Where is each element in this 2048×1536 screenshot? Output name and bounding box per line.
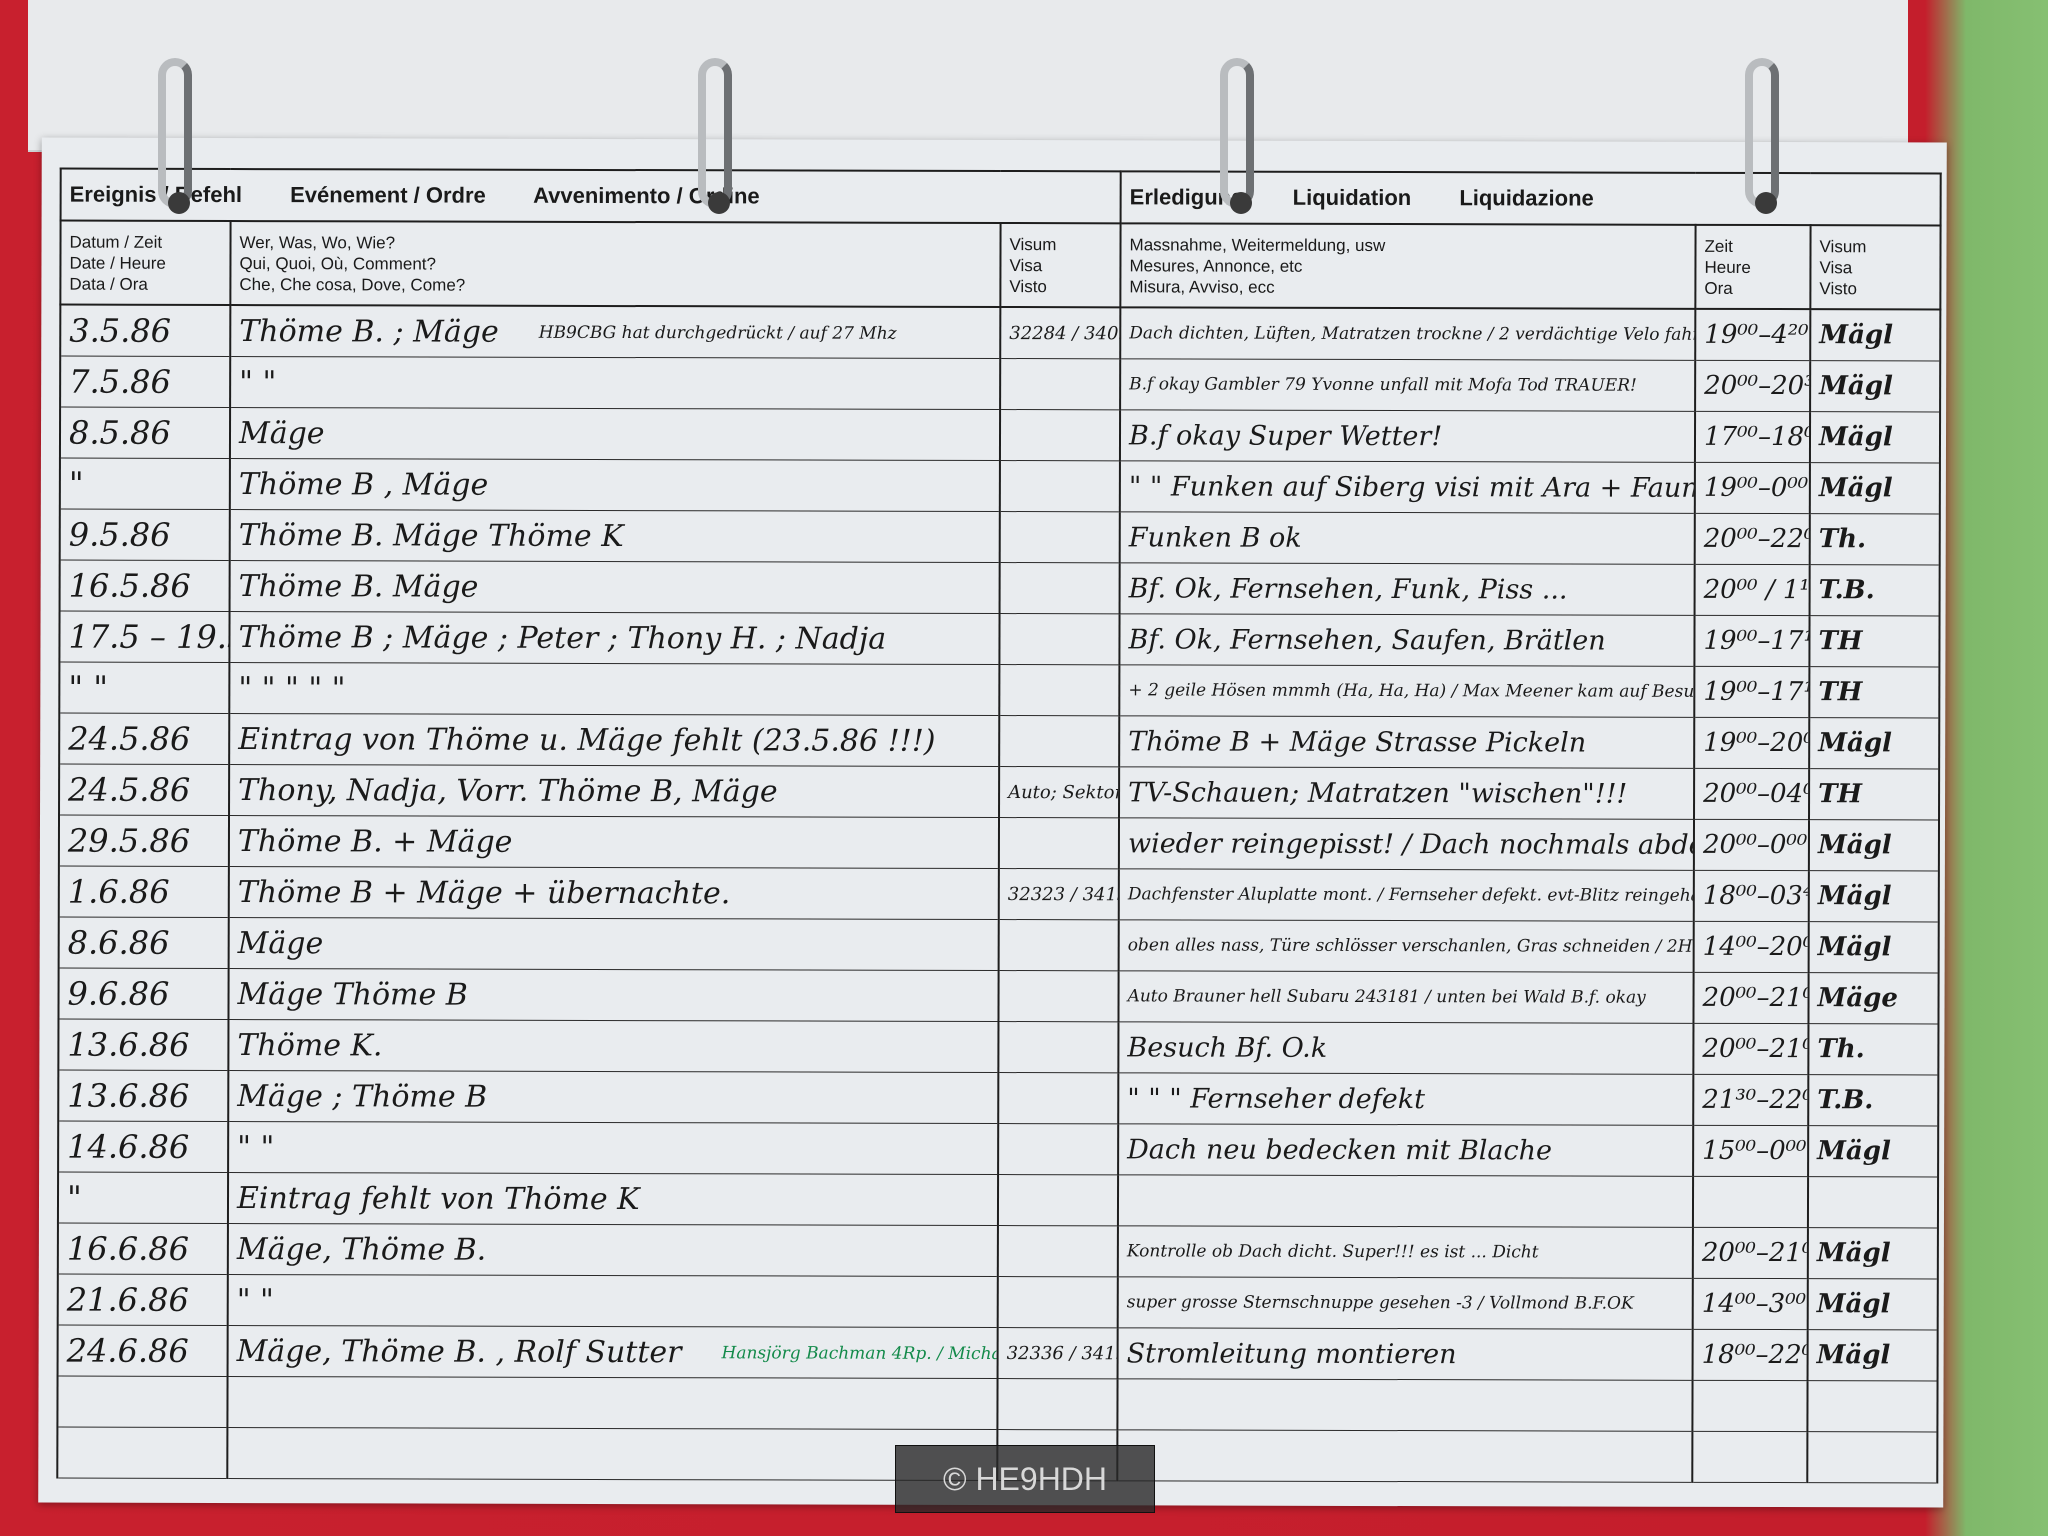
entry-visa-number: Auto; Sektor 175345 — [999, 767, 1119, 818]
entry-who-text: " " " " " — [238, 671, 345, 706]
entry-signature: T.B. — [1808, 1075, 1938, 1126]
entry-action: Auto Brauner hell Subaru 243181 / unten … — [1119, 971, 1694, 1024]
entry-time: 19⁰⁰–17¹⁵ — [1694, 666, 1809, 717]
entry-visa-number — [999, 665, 1119, 716]
entry-action — [1117, 1379, 1692, 1432]
log-entry-row: 9.6.86Mäge Thöme BAuto Brauner hell Suba… — [58, 968, 1938, 1024]
entry-signature-text: Th. — [1817, 1034, 1864, 1064]
entry-who-text: Thöme B. Mäge — [239, 569, 479, 605]
entry-who-text: Mäge, Thöme B. — [237, 1232, 486, 1268]
log-entry-row: 13.6.86Thöme K.Besuch Bf. O.k20⁰⁰–21⁰⁰Th… — [58, 1019, 1938, 1075]
entry-visa-number — [998, 1022, 1118, 1073]
entry-date-text: 1.6.86 — [68, 873, 170, 911]
entry-action — [1118, 1175, 1693, 1228]
entry-who: " " — [228, 1274, 998, 1327]
entry-who: Thöme B + Mäge + übernachte. — [229, 867, 999, 920]
entry-action-text: " " " Fernseher defekt — [1127, 1083, 1425, 1115]
header-line: Data / Ora — [69, 273, 221, 294]
entry-date: 13.6.86 — [58, 1070, 228, 1121]
entry-date: 14.6.86 — [58, 1121, 228, 1172]
entry-signature-text: Mägl — [1818, 830, 1892, 860]
entry-action-text: B.f okay Super Wetter! — [1129, 420, 1442, 452]
entry-time-text: 19⁰⁰–17¹⁵ — [1703, 626, 1809, 656]
entry-time-text: 20⁰⁰–21⁰⁰ — [1702, 1034, 1808, 1064]
entry-time: 18⁰⁰–03⁴⁵ — [1694, 870, 1809, 921]
entry-who-text: Mäge — [239, 416, 325, 451]
entry-action-text: Auto Brauner hell Subaru 243181 / unten … — [1128, 986, 1646, 1007]
entry-signature-text: Mägl — [1817, 1136, 1891, 1166]
entry-signature-text: TH — [1818, 779, 1862, 809]
entry-date: 1.6.86 — [59, 866, 229, 917]
entry-who-text: Thony, Nadja, Vorr. Thöme B, Mäge — [238, 773, 778, 809]
entry-time: 20⁰⁰–20³⁰ — [1695, 360, 1810, 411]
entry-date: 8.6.86 — [59, 917, 229, 968]
log-entry-row: 16.5.86Thöme B. MägeBf. Ok, Fernsehen, F… — [60, 560, 1940, 616]
entry-visa-number — [1000, 359, 1120, 410]
entry-action-text: Bf. Ok, Fernsehen, Funk, Piss ... — [1129, 573, 1568, 605]
entry-who: Thöme B ; Mäge ; Peter ; Thony H. ; Nadj… — [229, 612, 999, 665]
entry-time — [1692, 1380, 1807, 1431]
entry-signature: Mäge — [1809, 973, 1939, 1024]
entry-date-text: 24.6.86 — [67, 1332, 189, 1370]
entry-visa-number — [998, 1124, 1118, 1175]
entry-time: 14⁰⁰–3⁰⁰ — [1693, 1278, 1808, 1329]
col-time-header: ZeitHeureOra — [1695, 225, 1810, 309]
entry-action-text: oben alles nass, Türe schlösser verschan… — [1128, 935, 1694, 958]
entry-visa-number — [1000, 410, 1120, 461]
entry-who: Thöme K. — [228, 1020, 998, 1073]
entry-who: Mäge — [229, 918, 999, 971]
entry-visa-number-text: 32323 / 34136 — [1008, 884, 1119, 905]
binder-back-page — [28, 0, 1908, 152]
entry-who: Thöme B. ; MägeHB9CBG hat durchgedrückt … — [230, 305, 1000, 359]
entry-action: Stromleitung montieren — [1118, 1328, 1693, 1381]
entry-who: Mäge — [230, 408, 1000, 461]
entry-time: 20⁰⁰–0⁰⁰ — [1694, 819, 1809, 870]
entry-time-text: 19⁰⁰–20⁰⁰ — [1703, 728, 1809, 758]
log-entry-row: 8.5.86MägeB.f okay Super Wetter!17⁰⁰–18⁰… — [60, 407, 1940, 463]
entry-who: Eintrag fehlt von Thöme K — [228, 1173, 998, 1226]
entry-who-text: Thöme B + Mäge + übernachte. — [238, 875, 731, 911]
entry-visa-number: 32336 / 34150 — [998, 1328, 1118, 1379]
entry-action: Kontrolle ob Dach dicht. Super!!! es ist… — [1118, 1226, 1693, 1279]
col-action-header: Massnahme, Weitermeldung, uswMesures, An… — [1120, 223, 1695, 309]
entry-visa-number-text: 32336 / 34150 — [1007, 1343, 1118, 1364]
entry-visa-number: 32323 / 34136 — [999, 869, 1119, 920]
entry-visa-number — [999, 920, 1119, 971]
entry-date-text: 9.6.86 — [67, 975, 169, 1013]
header-line: Zeit — [1705, 235, 1802, 256]
entry-signature-text: Mägl — [1819, 422, 1893, 452]
binder-ring — [1745, 58, 1779, 208]
log-entry-row: 17.5 – 19.5Thöme B ; Mäge ; Peter ; Thon… — [59, 611, 1939, 667]
entry-who-text: Eintrag fehlt von Thöme K — [237, 1181, 640, 1217]
entry-time-text: 14⁰⁰–20⁰⁰ — [1703, 932, 1809, 962]
header-line: Visto — [1009, 276, 1111, 297]
entry-time: 20⁰⁰–21⁰⁰ — [1694, 972, 1809, 1023]
entry-visa-number — [1000, 461, 1120, 512]
entry-time-text: 20⁰⁰–0⁰⁰ — [1703, 830, 1807, 860]
header-line: Qui, Quoi, Où, Comment? — [239, 253, 991, 276]
entry-time-text: 15⁰⁰–0⁰⁰ — [1702, 1136, 1806, 1166]
entry-signature-text: Mägl — [1819, 371, 1893, 401]
entry-action: Bf. Ok, Fernsehen, Funk, Piss ... — [1120, 563, 1695, 616]
log-entry-row: " "" " " " "+ 2 geile Hösen mmmh (Ha, Ha… — [59, 662, 1939, 718]
entry-who-text: Mäge ; Thöme B — [237, 1079, 487, 1115]
log-entry-row: 24.5.86Thony, Nadja, Vorr. Thöme B, Mäge… — [59, 764, 1939, 820]
entry-time-text: 17⁰⁰–18⁰⁰ — [1704, 422, 1810, 452]
header-line: Massnahme, Weitermeldung, usw — [1130, 234, 1687, 256]
entry-action-text: Dach dichten, Lüften, Matratzen trockne … — [1129, 323, 1695, 345]
entry-signature-text: T.B. — [1817, 1085, 1873, 1115]
entry-date: " " — [59, 662, 229, 713]
entry-time — [1693, 1176, 1808, 1227]
entry-who: Mäge, Thöme B. , Rolf SutterHansjörg Bac… — [228, 1325, 998, 1378]
entry-action-text: super grosse Sternschnuppe gesehen -3 / … — [1127, 1292, 1634, 1313]
entry-signature: Mägl — [1809, 820, 1939, 871]
header-fr: Evénement / Ordre — [290, 182, 486, 208]
entry-signature-text: Mägl — [1818, 728, 1892, 758]
log-entry-row: 13.6.86Mäge ; Thöme B" " " Fernseher def… — [58, 1070, 1938, 1126]
col-sign-header: VisumVisaVisto — [1810, 225, 1940, 309]
entry-signature — [1807, 1432, 1937, 1483]
entry-time: 20⁰⁰–22⁰⁰ — [1695, 513, 1810, 564]
header-line: Datum / Zeit — [69, 231, 221, 252]
header-line: Visum — [1009, 234, 1111, 255]
entry-signature: Mägl — [1810, 361, 1940, 412]
entry-signature — [1808, 1177, 1938, 1228]
entry-date: " — [60, 458, 230, 509]
log-entry-row: 1.6.86Thöme B + Mäge + übernachte.32323 … — [59, 866, 1939, 922]
log-entry-row: 7.5.86" "B.f okay Gambler 79 Yvonne unfa… — [60, 356, 1940, 412]
entry-date: " — [58, 1172, 228, 1223]
entry-action-text: TV-Schauen; Matratzen "wischen"!!! — [1128, 777, 1627, 809]
entry-action: TV-Schauen; Matratzen "wischen"!!! — [1119, 767, 1694, 820]
entry-action-text: Stromleitung montieren — [1127, 1338, 1457, 1370]
entry-visa-number — [999, 614, 1119, 665]
entry-who: Mäge Thöme B — [228, 969, 998, 1022]
entry-date-text: 24.5.86 — [68, 720, 190, 758]
entry-visa-number-text: 32284 / 34098 — [1009, 323, 1120, 344]
entry-signature: Mägl — [1808, 1228, 1938, 1279]
entry-signature-text: Th. — [1819, 524, 1866, 554]
entry-time: 20⁰⁰ / 1¹⁵ — [1695, 564, 1810, 615]
entry-date-text: 17.5 – 19.5 — [68, 618, 229, 656]
entry-date: 9.5.86 — [60, 509, 230, 560]
entry-time-text: 20⁰⁰–21⁰⁰ — [1702, 1238, 1808, 1268]
entry-date-text: " — [67, 1179, 82, 1217]
entry-date: 24.5.86 — [59, 713, 229, 764]
header-line: Wer, Was, Wo, Wie? — [239, 232, 991, 255]
entry-signature-text: T.B. — [1819, 575, 1875, 605]
entry-action-text: " " Funken auf Siberg visi mit Ara + Fau… — [1129, 471, 1695, 504]
entry-who: Thöme B , Mäge — [230, 459, 1000, 512]
entry-visa-number — [998, 1175, 1118, 1226]
entry-date: 24.6.86 — [58, 1325, 228, 1376]
log-entry-row: 8.6.86Mägeoben alles nass, Türe schlösse… — [59, 917, 1939, 973]
entry-date-text: 16.6.86 — [67, 1230, 189, 1268]
entry-who-text: " " — [237, 1283, 274, 1318]
log-entry-row — [57, 1376, 1937, 1432]
header-line: Misura, Avviso, ecc — [1129, 276, 1686, 298]
entry-time: 19⁰⁰–17¹⁵ — [1694, 615, 1809, 666]
entry-time: 14⁰⁰–20⁰⁰ — [1694, 921, 1809, 972]
entry-action: Bf. Ok, Fernsehen, Saufen, Brätlen — [1119, 614, 1694, 667]
col-visa-header: VisumVisaVisto — [1000, 223, 1120, 307]
entry-visa-number — [997, 1379, 1117, 1430]
header-fr: Liquidation — [1293, 185, 1412, 210]
log-entry-row: "Thöme B , Mäge" " Funken auf Siberg vis… — [60, 458, 1940, 514]
entry-signature: Mägl — [1810, 309, 1940, 361]
entry-time-text: 20⁰⁰ / 1¹⁵ — [1704, 575, 1810, 605]
entry-signature-text: Mägl — [1817, 1340, 1891, 1370]
entry-who-text: Thöme K. — [237, 1028, 382, 1063]
entry-who: " " — [228, 1122, 998, 1175]
entry-signature-text: Mägl — [1817, 1289, 1891, 1319]
entry-action: Thöme B + Mäge Strasse Pickeln — [1119, 716, 1694, 769]
entry-who-text: " " — [237, 1130, 274, 1165]
entry-date-text: 24.5.86 — [68, 771, 190, 809]
entry-signature: Mägl — [1810, 463, 1940, 514]
entry-signature-text: Mägl — [1818, 932, 1892, 962]
entry-visa-number — [999, 818, 1119, 869]
entry-time: 19⁰⁰–20⁰⁰ — [1694, 717, 1809, 768]
binder-ring — [698, 58, 732, 208]
header-line: Visum — [1820, 236, 1932, 257]
entry-date-text: 8.5.86 — [69, 414, 171, 452]
entry-time-text: 18⁰⁰–22⁰⁰ — [1702, 1340, 1808, 1370]
entry-signature: Mägl — [1810, 412, 1940, 463]
entry-note: Hansjörg Bachman 4Rp. / Michael Flacek 7… — [722, 1344, 998, 1364]
binder-ring — [158, 58, 192, 208]
log-entry-row: 24.6.86Mäge, Thöme B. , Rolf SutterHansj… — [58, 1325, 1938, 1381]
log-entry-row: 3.5.86Thöme B. ; MägeHB9CBG hat durchged… — [60, 305, 1940, 361]
entry-action-text: wieder reingepisst! / Dach nochmals abde… — [1128, 828, 1694, 861]
entry-time: 18⁰⁰–22⁰⁰ — [1693, 1329, 1808, 1380]
entry-date: 8.5.86 — [60, 407, 230, 458]
entry-signature — [1807, 1381, 1937, 1432]
entry-date-text: 9.5.86 — [69, 516, 171, 554]
col-date-header: Datum / ZeitDate / HeureData / Ora — [60, 221, 230, 305]
entry-signature: Th. — [1808, 1024, 1938, 1075]
entry-date: 16.6.86 — [58, 1223, 228, 1274]
entry-date: 9.6.86 — [58, 968, 228, 1019]
entry-time-text: 20⁰⁰–21⁰⁰ — [1703, 983, 1809, 1013]
entry-signature: T.B. — [1810, 565, 1940, 616]
entry-action-text: Dach neu bedecken mit Blache — [1127, 1134, 1552, 1166]
entry-who-text: Eintrag von Thöme u. Mäge fehlt (23.5.86… — [238, 722, 935, 759]
entry-date-text: 7.5.86 — [69, 363, 171, 401]
entry-signature: Th. — [1810, 514, 1940, 565]
entry-visa-number: 32284 / 34098 — [1000, 307, 1120, 359]
entry-visa-number — [1000, 563, 1120, 614]
entry-date-text: 29.5.86 — [68, 822, 190, 860]
entry-action: " " Funken auf Siberg visi mit Ara + Fau… — [1120, 461, 1695, 514]
entry-date — [57, 1376, 227, 1427]
entry-action: + 2 geile Hösen mmmh (Ha, Ha, Ha) / Max … — [1119, 665, 1694, 718]
entry-date-text: " — [69, 465, 84, 503]
entry-time-text: 20⁰⁰–22⁰⁰ — [1704, 524, 1810, 554]
entry-time-text: 18⁰⁰–03⁴⁵ — [1703, 881, 1809, 911]
entry-action: B.f okay Gambler 79 Yvonne unfall mit Mo… — [1120, 359, 1695, 412]
copyright-watermark: © HE9HDH — [895, 1445, 1155, 1513]
header-line: Ora — [1704, 277, 1801, 298]
log-entry-row: 16.6.86Mäge, Thöme B.Kontrolle ob Dach d… — [58, 1223, 1938, 1279]
entry-who: Mäge ; Thöme B — [228, 1071, 998, 1124]
entry-time-text: 19⁰⁰–0⁰⁰ — [1704, 473, 1808, 503]
entry-action: " " " Fernseher defekt — [1118, 1073, 1693, 1126]
entry-time-text: 19⁰⁰–4²⁰ — [1704, 320, 1808, 350]
entry-date — [57, 1427, 227, 1478]
entry-signature: Mägl — [1808, 1330, 1938, 1381]
col-who-header: Wer, Was, Wo, Wie?Qui, Quoi, Où, Comment… — [230, 221, 1000, 307]
entry-who-text: Thöme B. ; Mäge — [239, 314, 499, 350]
entry-action: oben alles nass, Türe schlösser verschan… — [1119, 920, 1694, 973]
entry-who: Thöme B. Mäge — [230, 561, 1000, 614]
entry-action: B.f okay Super Wetter! — [1120, 410, 1695, 463]
entry-time: 21³⁰–22⁰⁰ — [1693, 1074, 1808, 1125]
entry-date: 7.5.86 — [60, 356, 230, 407]
entry-signature: TH — [1809, 667, 1939, 718]
entry-time-text: 19⁰⁰–17¹⁵ — [1703, 677, 1809, 707]
header-line: Visto — [1819, 278, 1931, 299]
entry-signature: TH — [1809, 769, 1939, 820]
entry-signature: Mägl — [1809, 718, 1939, 769]
log-entry-row: 24.5.86Eintrag von Thöme u. Mäge fehlt (… — [59, 713, 1939, 769]
entry-date-text: 16.5.86 — [69, 567, 191, 605]
entry-time: 19⁰⁰–0⁰⁰ — [1695, 462, 1810, 513]
entry-action: Funken B ok — [1120, 512, 1695, 565]
entry-action-text: + 2 geile Hösen mmmh (Ha, Ha, Ha) / Max … — [1128, 680, 1694, 702]
header-line: Visa — [1009, 255, 1111, 276]
entry-who: " " " " " — [229, 663, 999, 716]
entry-who: Eintrag von Thöme u. Mäge fehlt (23.5.86… — [229, 714, 999, 767]
header-line: Mesures, Annonce, etc — [1129, 255, 1686, 277]
entry-who: Thöme B. Mäge Thöme K — [230, 510, 1000, 563]
binder-ring — [1220, 58, 1254, 208]
header-de: Ereignis / Befehl — [70, 182, 242, 207]
entry-who — [227, 1376, 997, 1429]
entry-date: 24.5.86 — [59, 764, 229, 815]
entry-date: 29.5.86 — [59, 815, 229, 866]
entry-time-text: 20⁰⁰–20³⁰ — [1704, 371, 1810, 401]
entry-who: " " — [230, 357, 1000, 410]
entry-signature: Mägl — [1808, 1126, 1938, 1177]
entry-action — [1117, 1430, 1692, 1483]
log-entry-row: 21.6.86" "super grosse Sternschnuppe ges… — [58, 1274, 1938, 1330]
entry-visa-number — [998, 1277, 1118, 1328]
entry-who-text: Mäge — [238, 926, 324, 961]
entry-action-text: Besuch Bf. O.k — [1127, 1032, 1327, 1064]
entry-signature-text: Mägl — [1818, 881, 1892, 911]
entry-date: 13.6.86 — [58, 1019, 228, 1070]
entry-date-text: " " — [68, 669, 108, 707]
header-line: Date / Heure — [69, 252, 221, 273]
entry-time: 20⁰⁰–21⁰⁰ — [1693, 1227, 1808, 1278]
entry-date-text: 14.6.86 — [67, 1128, 189, 1166]
entry-time-text: 20⁰⁰–04⁰⁰ — [1703, 779, 1809, 809]
entry-who-text: " " — [239, 365, 276, 400]
entry-action-text: Funken B ok — [1129, 522, 1302, 553]
entry-date-text: 21.6.86 — [67, 1281, 189, 1319]
entry-signature: Mägl — [1808, 1279, 1938, 1330]
entry-signature: Mägl — [1809, 922, 1939, 973]
entry-signature-text: Mägl — [1819, 320, 1893, 350]
entry-who-text: Mäge Thöme B — [238, 977, 468, 1013]
log-entry-row: 9.5.86Thöme B. Mäge Thöme KFunken B ok20… — [60, 509, 1940, 565]
section-event-header: Ereignis / Befehl Evénement / Ordre Avve… — [61, 169, 1121, 224]
entry-time: 20⁰⁰–04⁰⁰ — [1694, 768, 1809, 819]
entry-who-text: Thöme B ; Mäge ; Peter ; Thony H. ; Nadj… — [238, 620, 886, 657]
entry-date-text: 3.5.86 — [69, 312, 171, 350]
entry-action: Dach dichten, Lüften, Matratzen trockne … — [1120, 307, 1695, 360]
entry-who: Thony, Nadja, Vorr. Thöme B, Mäge — [229, 765, 999, 818]
entry-visa-number — [1000, 512, 1120, 563]
entry-date-text: 13.6.86 — [67, 1077, 189, 1115]
entry-action: wieder reingepisst! / Dach nochmals abde… — [1119, 818, 1694, 871]
entry-note: HB9CBG hat durchgedrückt / auf 27 Mhz — [539, 324, 897, 344]
entry-visa-number — [998, 1073, 1118, 1124]
logbook-sheet: Ereignis / Befehl Evénement / Ordre Avve… — [38, 138, 1947, 1508]
entry-action-text: Dachfenster Aluplatte mont. / Fernseher … — [1128, 884, 1694, 906]
entry-action-text: Kontrolle ob Dach dicht. Super!!! es ist… — [1127, 1241, 1539, 1262]
log-entry-row: 29.5.86Thöme B. + Mägewieder reingepisst… — [59, 815, 1939, 871]
entry-signature-text: TH — [1818, 626, 1862, 656]
entry-action: super grosse Sternschnuppe gesehen -3 / … — [1118, 1277, 1693, 1330]
entry-signature-text: Mägl — [1819, 473, 1893, 503]
entry-date: 3.5.86 — [60, 305, 230, 357]
entry-date: 16.5.86 — [60, 560, 230, 611]
log-entry-row: "Eintrag fehlt von Thöme K — [58, 1172, 1938, 1228]
entry-visa-number — [998, 1226, 1118, 1277]
entry-time — [1692, 1431, 1807, 1482]
entry-who: Thöme B. + Mäge — [229, 816, 999, 869]
entry-who-text: Thöme B , Mäge — [239, 467, 488, 503]
log-entry-row: 14.6.86" "Dach neu bedecken mit Blache15… — [58, 1121, 1938, 1177]
entry-time-text: 21³⁰–22⁰⁰ — [1702, 1085, 1808, 1115]
entry-time: 20⁰⁰–21⁰⁰ — [1693, 1023, 1808, 1074]
header-it: Liquidazione — [1459, 185, 1594, 210]
entry-date: 17.5 – 19.5 — [59, 611, 229, 662]
entry-signature: TH — [1809, 616, 1939, 667]
entry-action-text: Thöme B + Mäge Strasse Pickeln — [1128, 726, 1586, 758]
entry-action-text: B.f okay Gambler 79 Yvonne unfall mit Mo… — [1129, 374, 1637, 395]
entry-action-text: Bf. Ok, Fernsehen, Saufen, Brätlen — [1128, 624, 1605, 656]
entry-action: Besuch Bf. O.k — [1118, 1022, 1693, 1075]
entry-signature-text: Mägl — [1817, 1238, 1891, 1268]
entry-who — [227, 1427, 997, 1480]
entry-visa-number — [999, 716, 1119, 767]
entry-time-text: 14⁰⁰–3⁰⁰ — [1702, 1289, 1806, 1319]
entry-who-text: Mäge, Thöme B. , Rolf Sutter — [237, 1334, 682, 1370]
entry-who-text: Thöme B. + Mäge — [238, 824, 513, 860]
entry-signature-text: Mäge — [1818, 983, 1898, 1013]
header-line: Heure — [1704, 256, 1801, 277]
entry-visa-number — [998, 971, 1118, 1022]
entry-time: 15⁰⁰–0⁰⁰ — [1693, 1125, 1808, 1176]
entry-date-text: 13.6.86 — [67, 1026, 189, 1064]
entry-signature: Mägl — [1809, 871, 1939, 922]
logbook-table: Ereignis / Befehl Evénement / Ordre Avve… — [56, 168, 1941, 1484]
entry-who-text: Thöme B. Mäge Thöme K — [239, 518, 624, 554]
header-line: Visa — [1819, 257, 1931, 278]
entry-action: Dachfenster Aluplatte mont. / Fernseher … — [1119, 869, 1694, 922]
entry-time: 19⁰⁰–4²⁰ — [1695, 309, 1810, 361]
entry-date-text: 8.6.86 — [68, 924, 170, 962]
entry-signature-text: TH — [1818, 677, 1862, 707]
header-line: Che, Che cosa, Dove, Come? — [239, 274, 991, 297]
entry-visa-number-text: Auto; Sektor 175345 — [1008, 782, 1119, 803]
